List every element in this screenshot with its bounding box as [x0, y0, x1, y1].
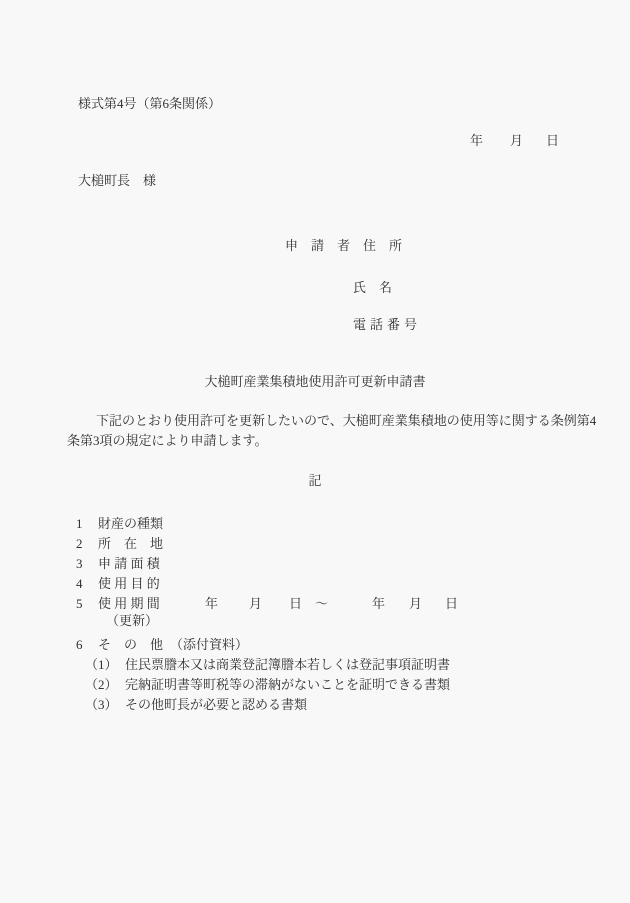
date-year-label: 年: [470, 134, 483, 147]
attachment-text: その他町長が必要と認める書類: [125, 698, 307, 711]
item-label: 使 用 目 的: [98, 577, 160, 590]
period-tilde: ～: [315, 597, 328, 610]
item-label: 使 用 期 間: [98, 597, 160, 610]
item-number: 3: [76, 557, 83, 570]
attachment-number: （2）: [85, 678, 118, 691]
form-number-label: 様式第4号（第6条関係）: [78, 97, 221, 110]
attachment-number: （3）: [85, 698, 118, 711]
application-form-page: 様式第4号（第6条関係） 年 月 日 大槌町長 様 申 請 者 住 所 氏 名 …: [0, 0, 630, 903]
applicant-phone-label: 電話番号: [353, 318, 421, 331]
renewal-note: （更新）: [106, 614, 158, 627]
date-day-label: 日: [546, 134, 559, 147]
attachments-label: （添付資料）: [170, 638, 248, 651]
item-number: 5: [76, 597, 83, 610]
item-number: 1: [76, 517, 83, 530]
period-end-month-label: 月: [409, 597, 422, 610]
date-month-label: 月: [510, 134, 523, 147]
body-paragraph-line1: 下記のとおり使用許可を更新したいので、大槌町産業集積地の使用等に関する条例第4: [96, 414, 596, 427]
ki-heading: 記: [0, 474, 630, 487]
applicant-address-label: 申 請 者 住 所: [285, 239, 402, 252]
item-label: 所 在 地: [98, 537, 163, 550]
form-title: 大槌町産業集積地使用許可更新申請書: [0, 375, 630, 388]
item-number: 2: [76, 537, 83, 550]
period-start-month-label: 月: [249, 597, 262, 610]
item-label: 申 請 面 積: [98, 557, 160, 570]
attachment-number: （1）: [85, 658, 118, 671]
item-number: 4: [76, 577, 83, 590]
item-number: 6: [76, 638, 83, 651]
period-end-day-label: 日: [445, 597, 458, 610]
item-label: そ の 他: [98, 638, 163, 651]
item-label: 財産の種類: [98, 517, 163, 530]
body-paragraph-line2: 条第3項の規定により申請します。: [67, 434, 267, 447]
addressee-label: 大槌町長 様: [78, 174, 156, 187]
period-start-day-label: 日: [289, 597, 302, 610]
attachment-text: 住民票謄本又は商業登記簿謄本若しくは登記事項証明書: [125, 658, 450, 671]
period-end-year-label: 年: [372, 597, 385, 610]
period-start-year-label: 年: [205, 597, 218, 610]
applicant-name-label: 氏 名: [353, 281, 392, 294]
attachment-text: 完納証明書等町税等の滞納がないことを証明できる書類: [125, 678, 450, 691]
